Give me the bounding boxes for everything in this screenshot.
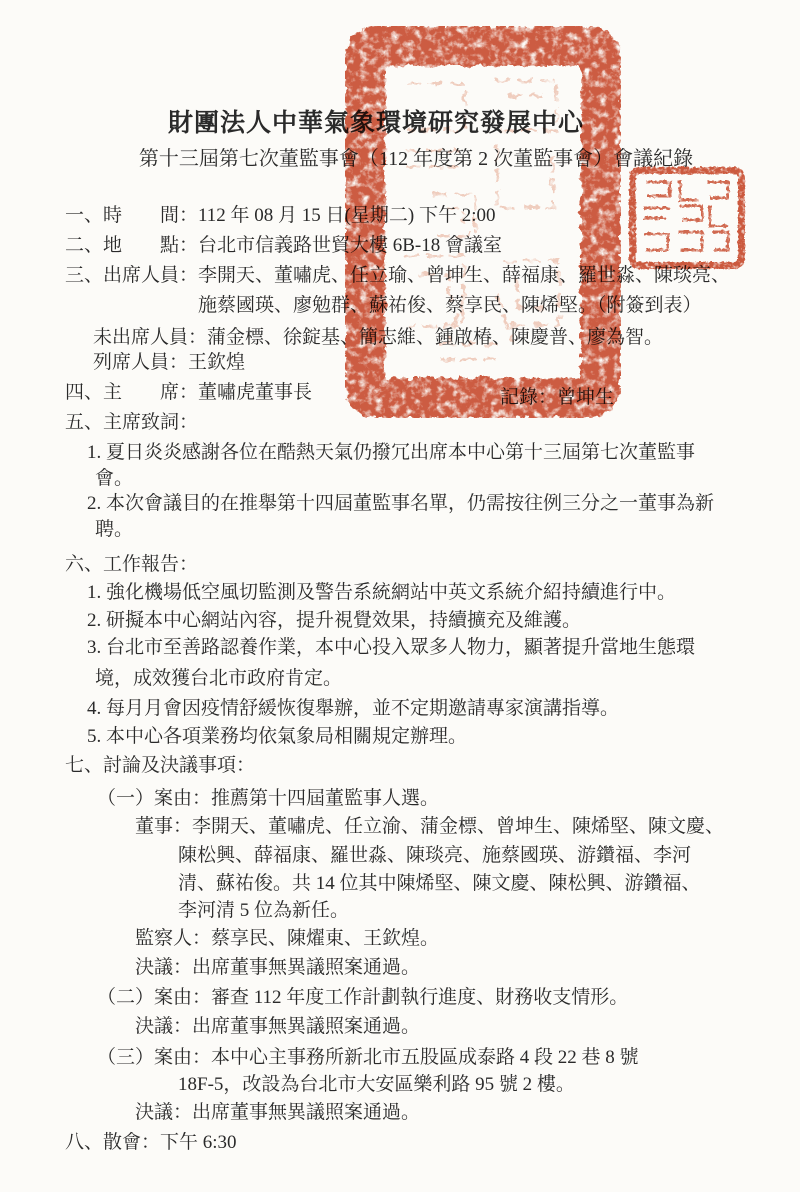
case-1-supervisors: 監察人：蔡享民、陳燿東、王欽煌。 [135, 928, 439, 950]
seal-script-glyphs [644, 180, 728, 250]
case-1-directors-cont-1: 陳松興、薛福康、羅世淼、陳琰亮、施蔡國瑛、游鑽福、李河 [178, 845, 691, 867]
case-1-directors-cont-2: 清、蘇祐俊。共 14 位其中陳烯堅、陳文慶、陳松興、游鑽福、 [178, 873, 701, 895]
remarks-item-1-continued: 會。 [95, 468, 133, 490]
case-1-directors: 董事：李開天、董嘯虎、任立渝、蒲金標、曾坤生、陳烯堅、陳文慶、 [135, 816, 724, 838]
remarks-item-1: 1. 夏日炎炎感謝各位在酷熱天氣仍撥冗出席本中心第十三屆第七次董監事 [87, 442, 695, 464]
seal-script-glyphs [405, 81, 559, 360]
official-seal-stamp-large [345, 26, 621, 418]
official-seal-stamp-small [628, 166, 746, 270]
case-3-subject: （三）案由：本中心主事務所新北市五股區成泰路 4 段 22 巷 8 號 [97, 1047, 639, 1069]
heading-discussion: 七、討論及決議事項： [65, 755, 255, 777]
scanned-meeting-minutes-page: 財團法人中華氣象環境研究發展中心 第十三屆第七次董監事會（112 年度第 2 次… [0, 0, 800, 1192]
report-item-1: 1. 強化機場低空風切監測及警告系統網站中英文系統介紹持續進行中。 [87, 582, 676, 604]
report-item-3-continued: 境，成效獲台北市政府肯定。 [95, 668, 342, 690]
remarks-item-2: 2. 本次會議目的在推舉第十四屆董監事名單，仍需按往例三分之一董事為新 [87, 493, 714, 515]
case-3-resolution: 決議：出席董事無異議照案通過。 [135, 1102, 420, 1124]
line-adjournment: 八、散會：下午 6:30 [65, 1132, 237, 1154]
report-item-3: 3. 台北市至善路認養作業，本中心投入眾多人物力，顯著提升當地生態環 [87, 637, 695, 659]
seal-border [365, 46, 601, 398]
case-2-resolution: 決議：出席董事無異議照案通過。 [135, 1016, 420, 1038]
report-item-4: 4. 每月月會因疫情舒緩恢復舉辦，並不定期邀請專家演講指導。 [87, 698, 619, 720]
line-observers: 列席人員：王欽煌 [93, 352, 245, 374]
line-chairman: 四、主 席：董嘯虎董事長 [65, 382, 312, 404]
case-1-directors-cont-3: 李河清 5 位為新任。 [178, 900, 349, 922]
remarks-item-2-continued: 聘。 [95, 519, 133, 541]
case-1-subject: （一）案由：推薦第十四屆董監事人選。 [97, 788, 439, 810]
case-2-subject: （二）案由：審查 112 年度工作計劃執行進度、財務收支情形。 [97, 987, 628, 1009]
report-item-2: 2. 研擬本中心網站內容，提升視覺效果，持續擴充及維護。 [87, 610, 581, 632]
case-1-resolution: 決議：出席董事無異議照案通過。 [135, 957, 420, 979]
report-item-5: 5. 本中心各項業務均依氣象局相關規定辦理。 [87, 726, 467, 748]
heading-work-report: 六、工作報告： [65, 554, 198, 576]
case-3-subject-continued: 18F-5，改設為台北市大安區樂利路 95 號 2 樓。 [178, 1074, 575, 1096]
heading-chairman-remarks: 五、主席致詞： [65, 412, 198, 434]
